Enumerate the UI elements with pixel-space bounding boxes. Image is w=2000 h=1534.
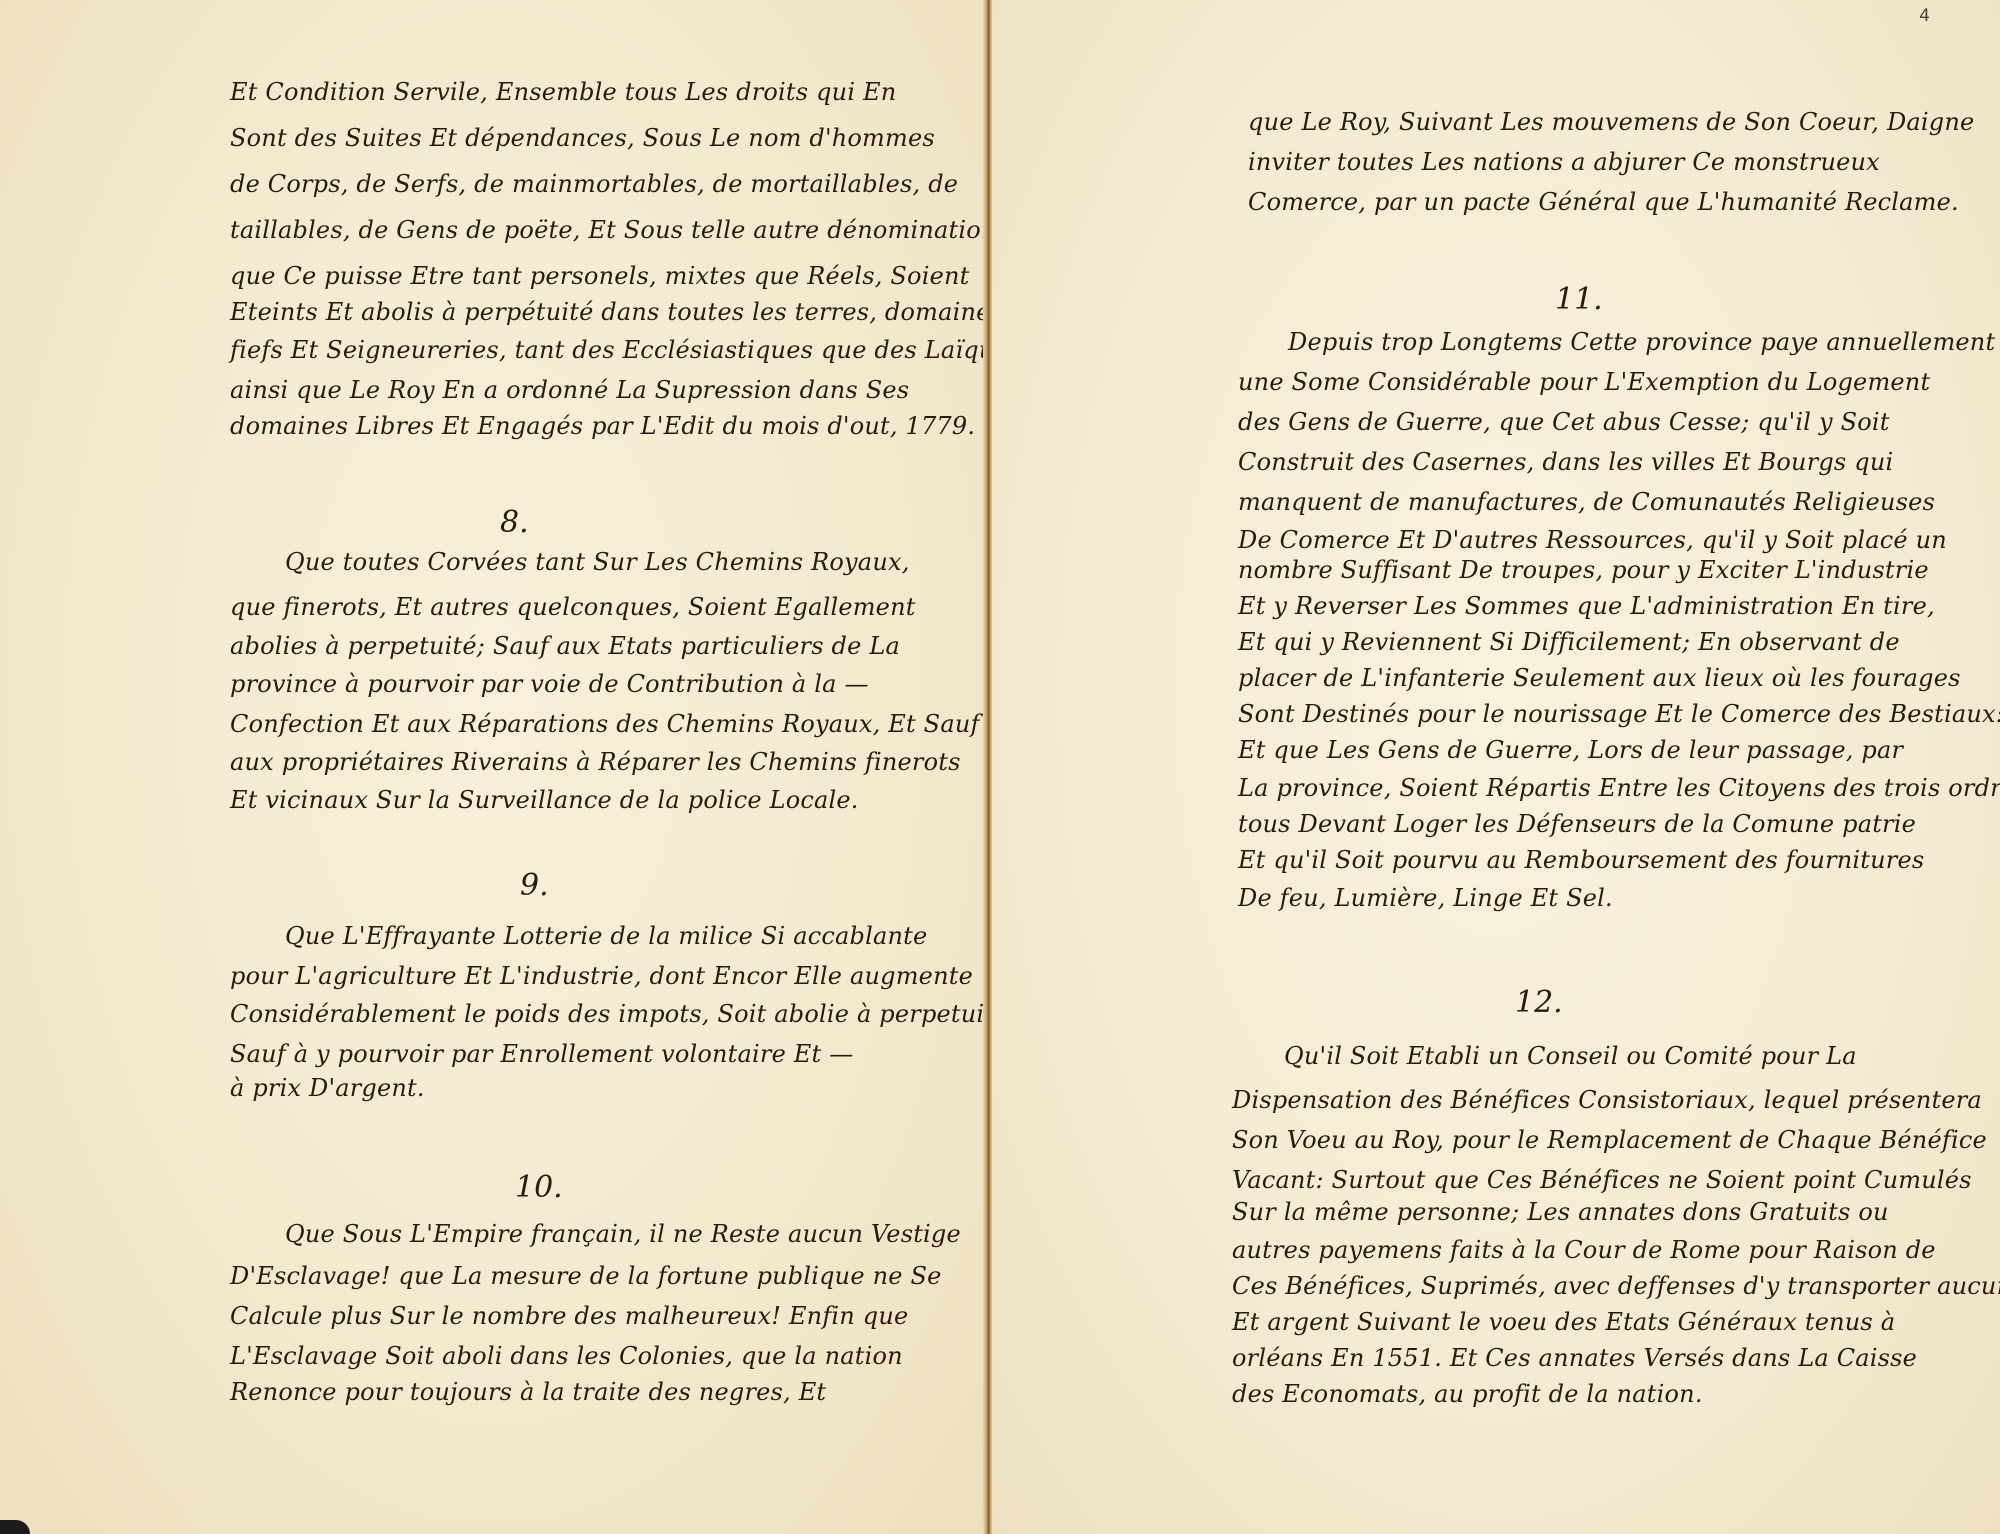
text-line: à prix D'argent. (230, 1074, 425, 1102)
text-line: que Le Roy, Suivant Les mouvemens de Son… (1248, 108, 1974, 136)
text-line: aux propriétaires Riverains à Réparer le… (230, 748, 961, 776)
article-number-12: 12. (1515, 985, 1563, 1020)
right-page: 4 (992, 0, 2000, 1534)
text-line: De Comerce Et D'autres Ressources, qu'il… (1238, 526, 1947, 554)
page-corner-shadow (0, 1520, 30, 1534)
article-number-9: 9. (520, 868, 549, 903)
text-line: Dispensation des Bénéfices Consistoriaux… (1232, 1086, 1982, 1114)
text-line: inviter toutes Les nations a abjurer Ce … (1248, 148, 1880, 176)
text-line: tous Devant Loger les Défenseurs de la C… (1238, 810, 1916, 838)
text-line: Eteints Et abolis à perpétuité dans tout… (230, 298, 1003, 326)
text-line: Construit des Casernes, dans les villes … (1238, 448, 1893, 476)
text-line: D'Esclavage! que La mesure de la fortune… (230, 1262, 942, 1290)
folio-number: 4 (1919, 6, 1930, 26)
text-line: Et Condition Servile, Ensemble tous Les … (230, 78, 896, 106)
text-line: nombre Suffisant De troupes, pour y Exci… (1238, 556, 1929, 584)
text-line: domaines Libres Et Engagés par L'Edit du… (230, 412, 975, 440)
text-line: placer de L'infanterie Seulement aux lie… (1238, 664, 1961, 692)
text-line: L'Esclavage Soit aboli dans les Colonies… (230, 1342, 903, 1370)
text-line: province à pourvoir par voie de Contribu… (230, 670, 869, 698)
text-line: Ces Bénéfices, Suprimés, avec deffenses … (1232, 1272, 2000, 1300)
text-line: Et qu'il Soit pourvu au Remboursement de… (1238, 846, 1924, 874)
text-line: La province, Soient Répartis Entre les C… (1238, 774, 2000, 802)
text-line: Sur la même personne; Les annates dons G… (1232, 1198, 1889, 1226)
text-line: Calcule plus Sur le nombre des malheureu… (230, 1302, 908, 1330)
left-page: Et Condition Servile, Ensemble tous Les … (0, 0, 986, 1534)
text-line: Qu'il Soit Etabli un Conseil ou Comité p… (1284, 1042, 1857, 1070)
manuscript-spread: Et Condition Servile, Ensemble tous Les … (0, 0, 2000, 1534)
text-line: Et que Les Gens de Guerre, Lors de leur … (1238, 736, 1903, 764)
text-line: Considérablement le poids des impots, So… (230, 1000, 1016, 1028)
text-line: Et qui y Reviennent Si Difficilement; En… (1238, 628, 1900, 656)
text-line: autres payemens faits à la Cour de Rome … (1232, 1236, 1936, 1264)
text-line: Confection Et aux Réparations des Chemin… (230, 710, 980, 738)
text-line: fiefs Et Seigneureries, tant des Ecclési… (230, 336, 1030, 364)
text-line: Depuis trop Longtems Cette province paye… (1288, 328, 1995, 356)
article-number-8: 8. (500, 505, 529, 540)
article-number-11: 11. (1555, 282, 1603, 317)
text-line: Son Voeu au Roy, pour le Remplacement de… (1232, 1126, 1987, 1154)
text-line: Que toutes Corvées tant Sur Les Chemins … (285, 548, 910, 576)
text-line: Sauf à y pourvoir par Enrollement volont… (230, 1040, 853, 1068)
text-line: Vacant: Surtout que Ces Bénéfices ne Soi… (1232, 1166, 1972, 1194)
text-line: abolies à perpetuité; Sauf aux Etats par… (230, 632, 900, 660)
text-line: pour L'agriculture Et L'industrie, dont … (230, 962, 973, 990)
text-line: des Economats, au profit de la nation. (1232, 1380, 1703, 1408)
text-line: que Ce puisse Etre tant personels, mixte… (230, 262, 970, 290)
text-line: Sont des Suites Et dépendances, Sous Le … (230, 124, 935, 152)
text-line: des Gens de Guerre, que Cet abus Cesse; … (1238, 408, 1890, 436)
text-line: Et y Reverser Les Sommes que L'administr… (1238, 592, 1935, 620)
text-line: Sont Destinés pour le nourissage Et le C… (1238, 700, 2000, 728)
text-line: orléans En 1551. Et Ces annates Versés d… (1232, 1344, 1917, 1372)
text-line: Que Sous L'Empire françain, il ne Reste … (285, 1220, 961, 1248)
text-line: que finerots, Et autres quelconques, Soi… (230, 593, 916, 621)
text-line: De feu, Lumière, Linge Et Sel. (1238, 884, 1613, 912)
text-line: Et vicinaux Sur la Surveillance de la po… (230, 786, 859, 814)
text-line: taillables, de Gens de poëte, Et Sous te… (230, 216, 997, 244)
text-line: Et argent Suivant le voeu des Etats Géné… (1232, 1308, 1895, 1336)
text-line: ainsi que Le Roy En a ordonné La Supress… (230, 376, 909, 404)
text-line: Comerce, par un pacte Général que L'huma… (1248, 188, 1959, 216)
text-line: manquent de manufactures, de Comunautés … (1238, 488, 1935, 516)
text-line: une Some Considérable pour L'Exemption d… (1238, 368, 1930, 396)
text-line: de Corps, de Serfs, de mainmortables, de… (230, 170, 958, 198)
article-number-10: 10. (515, 1170, 563, 1205)
text-line: Renonce pour toujours à la traite des ne… (230, 1378, 826, 1406)
text-line: Que L'Effrayante Lotterie de la milice S… (285, 922, 927, 950)
